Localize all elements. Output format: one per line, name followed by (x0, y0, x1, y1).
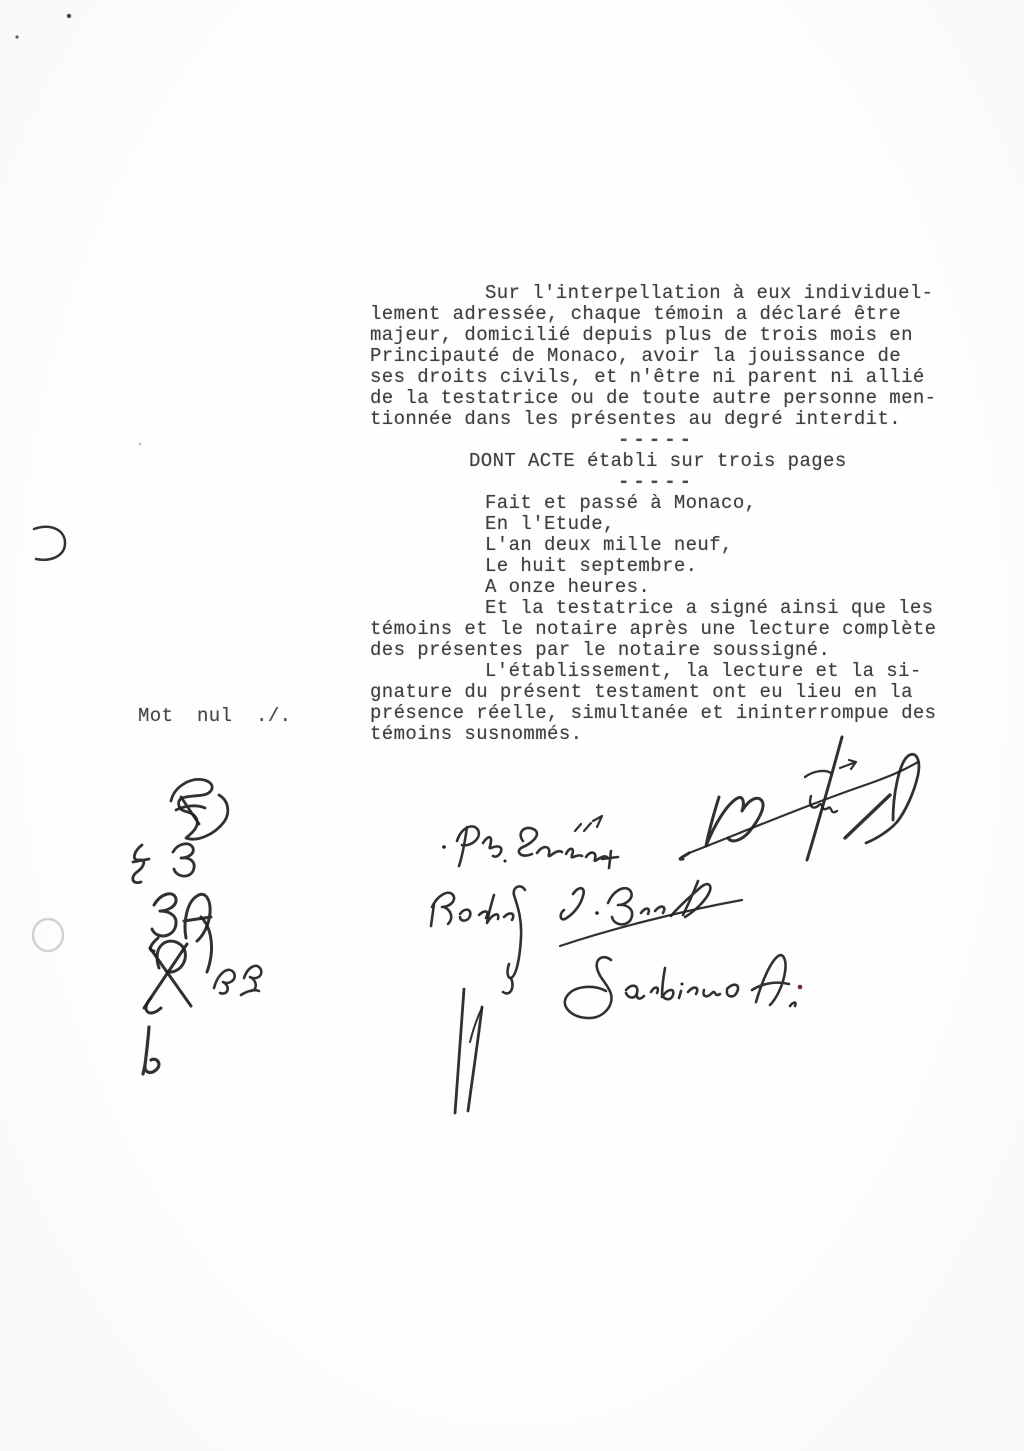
red-ink-dot (798, 985, 803, 990)
signature-notary-flourish (680, 737, 919, 860)
scanned-document-page: Sur l'interpellation à eux individuel-le… (0, 0, 1024, 1451)
paraphe-l (143, 1027, 159, 1074)
paraphe-crossed-monogram (144, 917, 261, 1013)
punch-hole-mark (33, 919, 63, 951)
paraphe-monogram (171, 779, 228, 839)
scan-artifacts (15, 14, 141, 951)
punch-hole-mark (34, 527, 65, 560)
signature-ph-sealeru (442, 816, 618, 868)
signature-barbieu-a (565, 955, 802, 1018)
scan-speckle (139, 443, 142, 446)
signature-descender-strokes (455, 989, 482, 1113)
signature-rochef (431, 886, 525, 993)
signature-j-bret (560, 881, 742, 946)
scan-speckle (15, 35, 18, 38)
paraphe-jb (133, 844, 194, 883)
signatures-ink-layer (0, 0, 1024, 1451)
scan-speckle (67, 14, 71, 18)
paraphe-ba (150, 894, 211, 951)
